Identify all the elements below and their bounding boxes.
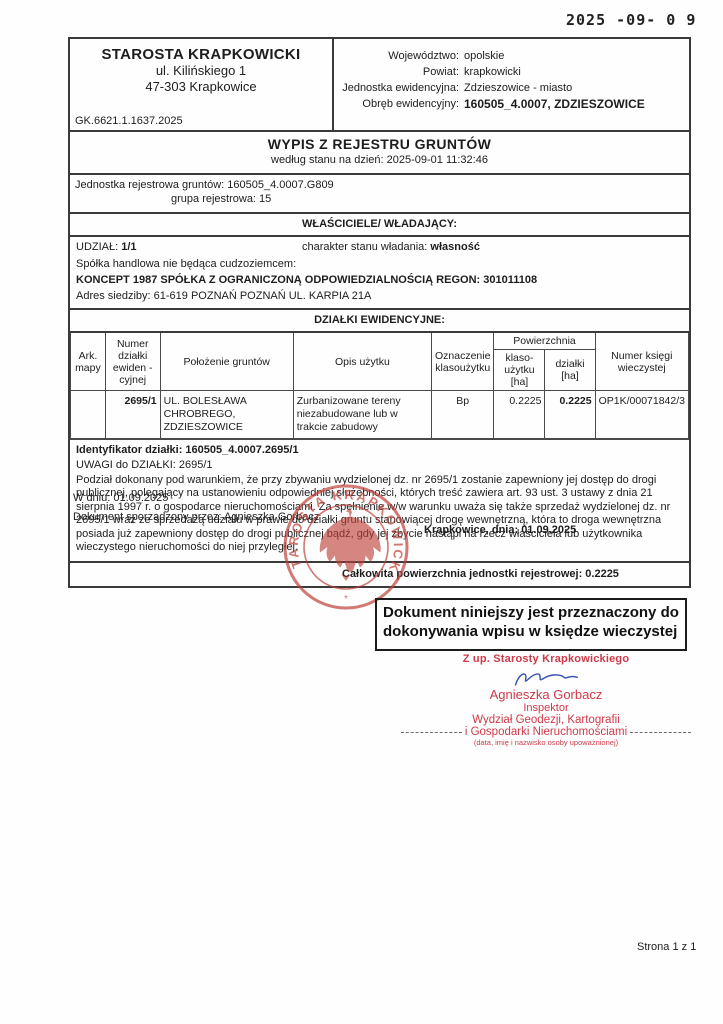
signature-caption: (data, imię i nazwisko osoby upoważnione… bbox=[398, 738, 694, 747]
owners-section-title: WŁAŚCICIELE/ WŁADAJĄCY: bbox=[70, 212, 689, 235]
col-header-area-class: klaso-użytku [ha] bbox=[494, 350, 545, 391]
page-number: Strona 1 z 1 bbox=[637, 941, 696, 953]
seal-bottom-mark: * bbox=[344, 594, 348, 605]
region-value: krapkowicki bbox=[464, 65, 689, 79]
document-header: STAROSTA KRAPKOWICKI ul. Kilińskiego 1 4… bbox=[70, 39, 689, 130]
remarks-title: UWAGI do DZIAŁKI: 2695/1 bbox=[76, 459, 683, 473]
parcels-table: Ark. mapy Numer działki ewiden -cyjnej P… bbox=[70, 331, 689, 439]
cell-location: UL. BOLESŁAWA CHROBREGO, ZDZIESZOWICE bbox=[160, 391, 293, 439]
registry-unit-section: Jednostka rejestrowa gruntów: 160505_4.0… bbox=[70, 173, 689, 212]
share-row: UDZIAŁ: 1/1 charakter stanu władania: wł… bbox=[70, 235, 689, 254]
official-round-seal: STAROSTA KRAPKOWICKI * bbox=[281, 482, 411, 612]
signer-name: Agnieszka Gorbacz bbox=[398, 687, 694, 702]
title-section: WYPIS Z REJESTRU GRUNTÓW według stanu na… bbox=[70, 130, 689, 173]
owner-block: Spółka handlowa nie będąca cudzoziemcem:… bbox=[70, 254, 689, 308]
region-label: Jednostka ewidencyjna: bbox=[334, 81, 459, 95]
signature-stamp-block: Z up. Starosty Krapkowickiego Agnieszka … bbox=[398, 653, 694, 747]
col-header-use-description: Opis użytku bbox=[293, 332, 431, 391]
col-header-area-group: Powierzchnia bbox=[494, 332, 595, 350]
eagle-emblem-icon bbox=[320, 508, 381, 582]
cell-land-register: OP1K/00071842/3 bbox=[595, 391, 688, 439]
cell-class-mark: Bp bbox=[432, 391, 494, 439]
col-header-location: Położenie gruntów bbox=[160, 332, 293, 391]
place-and-date: Krapkowice, dnia: 01.09.2025 bbox=[424, 524, 576, 536]
region-grid: Województwo: opolskie Powiat: krapkowick… bbox=[334, 49, 689, 111]
dash-segment-left bbox=[401, 732, 462, 733]
cell-area-parcel: 0.2225 bbox=[545, 391, 595, 439]
document-title: WYPIS Z REJESTRU GRUNTÓW bbox=[70, 137, 689, 151]
department-line-1: Wydział Geodezji, Kartografii bbox=[398, 714, 694, 726]
issuer-street: ul. Kilińskiego 1 bbox=[156, 64, 246, 78]
col-header-parcel-number: Numer działki ewiden -cyjnej bbox=[105, 332, 160, 391]
issuer-city: 47-303 Krapkowice bbox=[145, 80, 256, 94]
share-label: UDZIAŁ: bbox=[76, 241, 118, 253]
signer-position: Inspektor bbox=[398, 702, 694, 714]
cell-use-description: Zurbanizowane tereny niezabudowane lub w… bbox=[293, 391, 431, 439]
region-label: Obręb ewidencyjny: bbox=[334, 97, 459, 111]
col-header-map-sheet: Ark. mapy bbox=[71, 332, 106, 391]
cell-area-class: 0.2225 bbox=[494, 391, 545, 439]
region-box: Województwo: opolskie Powiat: krapkowick… bbox=[334, 39, 689, 130]
col-header-land-register: Numer księgi wieczystej bbox=[595, 332, 688, 391]
parcel-row: 2695/1 UL. BOLESŁAWA CHROBREGO, ZDZIESZO… bbox=[71, 391, 689, 439]
company-name: KONCEPT 1987 SPÓŁKA Z OGRANICZONĄ ODPOWI… bbox=[76, 273, 681, 287]
company-address: Adres siedziby: 61-619 POZNAŃ POZNAŃ UL.… bbox=[76, 289, 681, 303]
cell-parcel-number: 2695/1 bbox=[105, 391, 160, 439]
share-value: 1/1 bbox=[121, 241, 136, 253]
company-type: Spółka handlowa nie będąca cudzoziemcem: bbox=[76, 257, 681, 271]
cell-map-sheet bbox=[71, 391, 106, 439]
holding-value: własność bbox=[430, 241, 480, 253]
issuer-name: STAROSTA KRAPKOWICKI bbox=[101, 48, 300, 62]
holding-field: charakter stanu władania: własność bbox=[302, 240, 480, 254]
made-on-date: W dniu: 01.09.2025 bbox=[73, 492, 168, 504]
holding-label: charakter stanu władania: bbox=[302, 241, 427, 253]
authorization-line: Z up. Starosty Krapkowickiego bbox=[398, 653, 694, 665]
registry-group-line: grupa rejestrowa: 15 bbox=[75, 192, 681, 206]
purpose-notice-box: Dokument niniejszy jest przeznaczony do … bbox=[375, 598, 687, 651]
parcels-section-title: DZIAŁKI EWIDENCYJNE: bbox=[70, 308, 689, 331]
region-label: Województwo: bbox=[334, 49, 459, 63]
document-subtitle: według stanu na dzień: 2025-09-01 11:32:… bbox=[70, 153, 689, 167]
received-date-stamp: 2025 -09- 0 9 bbox=[566, 11, 696, 29]
share-field: UDZIAŁ: 1/1 bbox=[76, 240, 302, 254]
parcel-identifier: Identyfikator działki: 160505_4.0007.269… bbox=[70, 439, 689, 458]
signature-rule-line: i Gospodarki Nieruchomościami bbox=[398, 726, 694, 738]
issuer-box: STAROSTA KRAPKOWICKI ul. Kilińskiego 1 4… bbox=[70, 39, 334, 130]
region-label: Powiat: bbox=[334, 65, 459, 79]
dash-segment-right bbox=[630, 732, 691, 733]
registry-unit-line: Jednostka rejestrowa gruntów: 160505_4.0… bbox=[75, 178, 681, 192]
scanned-document-page: 2025 -09- 0 9 STAROSTA KRAPKOWICKI ul. K… bbox=[0, 0, 723, 1024]
col-header-class-mark: Oznaczenie klasoużytku bbox=[432, 332, 494, 391]
region-value: opolskie bbox=[464, 49, 689, 63]
department-line-2: i Gospodarki Nieruchomościami bbox=[465, 726, 627, 738]
region-value-obreb: 160505_4.0007, ZDZIESZOWICE bbox=[464, 97, 689, 111]
case-number: GK.6621.1.1637.2025 bbox=[70, 108, 187, 130]
region-value: Zdzieszowice - miasto bbox=[464, 81, 689, 95]
col-header-area-parcel: działki [ha] bbox=[545, 350, 595, 391]
parcels-table-header: Ark. mapy Numer działki ewiden -cyjnej P… bbox=[71, 332, 689, 391]
